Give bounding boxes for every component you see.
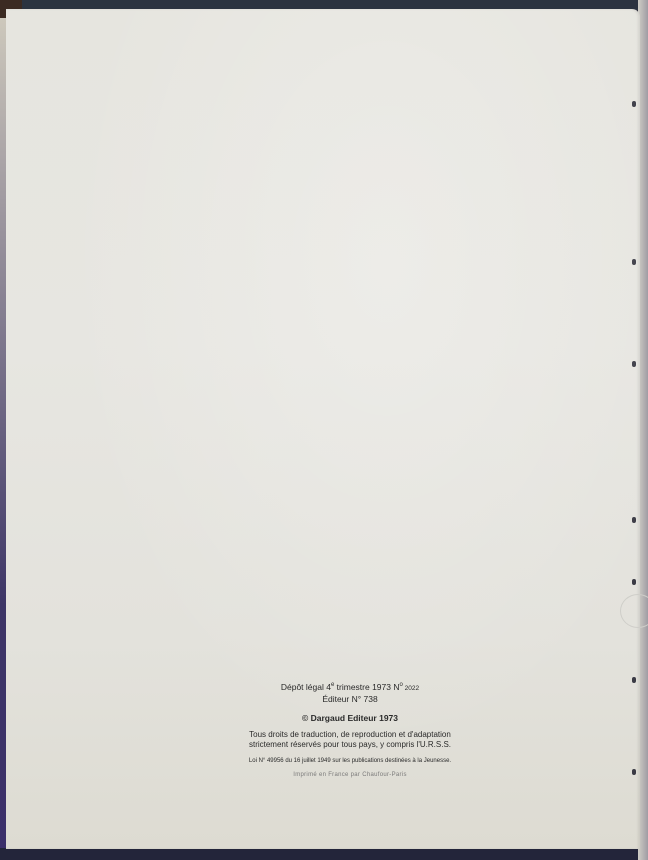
punch-mark-icon <box>620 594 648 628</box>
binder-hole-icon <box>632 769 636 775</box>
binder-hole-icon <box>632 259 636 265</box>
depot-legal: Dépôt légal 4e trimestre 1973 No 2022 <box>220 680 480 694</box>
binder-hole-icon <box>632 579 636 585</box>
binder-hole-icon <box>632 517 636 523</box>
binder-hole-icon <box>632 101 636 107</box>
background-bottom <box>0 848 648 860</box>
law-reference: Loi N° 49956 du 16 juillet 1949 sur les … <box>220 757 480 766</box>
depot-legal-text: Dépôt légal 4 <box>281 682 331 692</box>
printer-line: Imprimé en France par Chaufour-Paris <box>220 771 480 780</box>
depot-legal-text-2: trimestre 1973 N <box>334 682 399 692</box>
rights-statement: Tous droits de traduction, de reproducti… <box>220 730 480 750</box>
copyright-imprint: Dépôt légal 4e trimestre 1973 No 2022 Éd… <box>220 680 480 780</box>
rights-line-2: strictement réservés pour tous pays, y c… <box>220 740 480 750</box>
binder-hole-icon <box>632 677 636 683</box>
editeur-number: Éditeur N° 738 <box>220 694 480 705</box>
depot-legal-number: 2022 <box>403 685 419 692</box>
rights-line-1: Tous droits de traduction, de reproducti… <box>220 730 480 740</box>
binder-hole-icon <box>632 361 636 367</box>
copyright-line: © Dargaud Editeur 1973 <box>220 713 480 724</box>
